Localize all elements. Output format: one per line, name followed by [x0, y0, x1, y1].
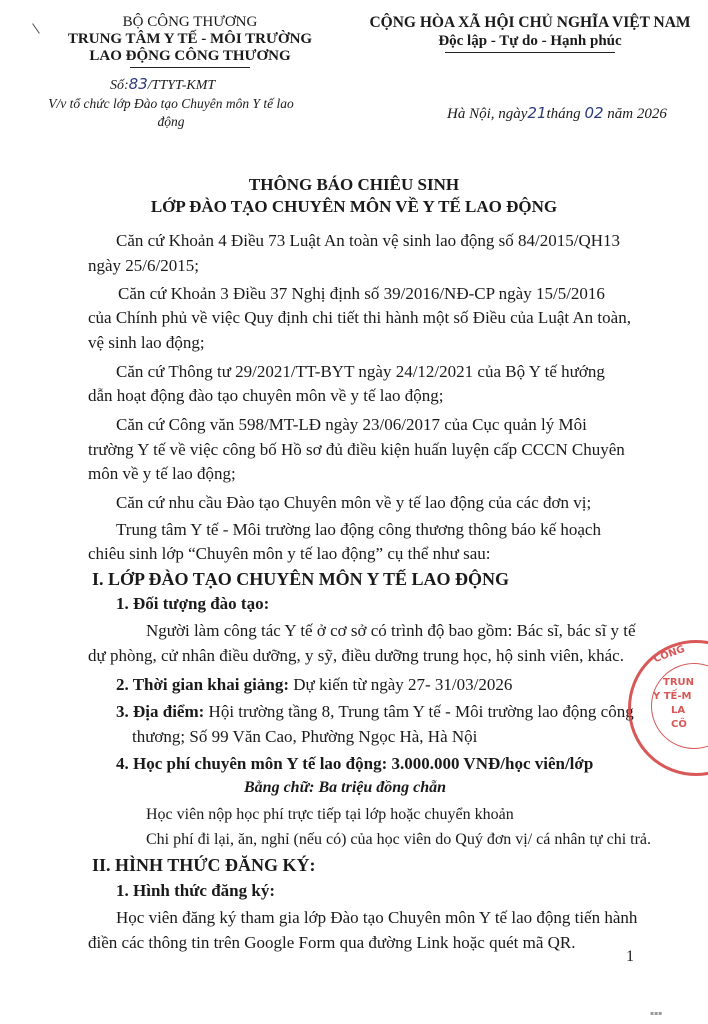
- preamble-1-line2: ngày 25/6/2015;: [88, 256, 199, 276]
- preamble-2-line3: vệ sinh lao động;: [88, 333, 205, 353]
- issuing-agency-block: BỘ CÔNG THƯƠNG TRUNG TÂM Y TẾ - MÔI TRƯỜ…: [40, 14, 340, 68]
- date-day-handwritten: 21: [527, 104, 546, 122]
- section-1-item-2: 2. Thời gian khai giảng: Dự kiến từ ngày…: [116, 675, 512, 695]
- item-3-label: 3. Địa điểm:: [116, 702, 204, 721]
- subject-line2: động: [36, 113, 306, 131]
- scan-mark: [32, 23, 40, 33]
- seal-text-mid2: Y TẾ-M: [653, 691, 691, 702]
- date-month-handwritten: 02: [584, 104, 603, 122]
- section-2-heading: II. HÌNH THỨC ĐĂNG KÝ:: [92, 855, 316, 876]
- subject-line1: V/v tổ chức lớp Đào tạo Chuyên môn Y tế …: [36, 95, 306, 113]
- date-month-label: tháng: [547, 106, 581, 122]
- item-2-label: 2. Thời gian khai giảng:: [116, 675, 289, 694]
- motto-underline: [445, 52, 615, 53]
- item-3-value-line1: Hội trường tầng 8, Trung tâm Y tế - Môi …: [204, 702, 633, 721]
- doc-number-handwritten: 83: [129, 75, 148, 93]
- preamble-4-line2: trường Y tế về việc công bố Hồ sơ đủ điề…: [88, 440, 625, 460]
- agency-underline: [130, 67, 250, 68]
- preamble-5-line1: Căn cứ nhu cầu Đào tạo Chuyên môn về y t…: [116, 493, 591, 513]
- preamble-2-line2: của Chính phủ về việc Quy định chi tiết …: [88, 308, 631, 328]
- item-2-value: Dự kiến từ ngày 27- 31/03/2026: [289, 675, 512, 694]
- section-1-item-4-tuition: 4. Học phí chuyên môn Y tế lao động: 3.0…: [116, 754, 593, 774]
- org-name-line2: LAO ĐỘNG CÔNG THƯƠNG: [40, 48, 340, 65]
- preamble-4-line3: môn về y tế lao động;: [88, 464, 236, 484]
- preamble-6-line1: Trung tâm Y tế - Môi trường lao động côn…: [116, 520, 601, 540]
- document-page: BỘ CÔNG THƯƠNG TRUNG TÂM Y TẾ - MÔI TRƯỜ…: [0, 0, 708, 1024]
- section-1-item-1-text-line2: dự phòng, cử nhân điều dưỡng, y sỹ, điều…: [88, 646, 624, 666]
- scanner-watermark-icon: ▪▪▪: [650, 1010, 662, 1017]
- page-number: 1: [626, 948, 634, 966]
- national-motto: Độc lập - Tự do - Hạnh phúc: [360, 32, 700, 50]
- section-1-heading: I. LỚP ĐÀO TẠO CHUYÊN MÔN Y TẾ LAO ĐỘNG: [92, 569, 509, 590]
- date-year: năm 2026: [607, 106, 667, 122]
- date-prefix: Hà Nội, ngày: [447, 106, 527, 122]
- section-2-item-1-label: 1. Hình thức đăng ký:: [116, 881, 275, 901]
- doc-number-prefix: Số:: [110, 78, 129, 93]
- section-1-item-3-line2: thương; Số 99 Văn Cao, Phường Ngọc Hà, H…: [132, 727, 477, 747]
- seal-text-top: CÔNG: [652, 644, 686, 665]
- doc-number-suffix: /TTYT-KMT: [148, 78, 215, 93]
- tuition-in-words: Bằng chữ: Ba triệu đồng chẵn: [244, 779, 446, 797]
- section-2-text-line2: điền các thông tin trên Google Form qua …: [88, 933, 576, 953]
- notice-title: THÔNG BÁO CHIÊU SINH: [0, 175, 708, 195]
- section-1-item-1-label: 1. Đối tượng đào tạo:: [116, 594, 269, 614]
- section-1-item-1-text-line1: Người làm công tác Y tế ở cơ sở có trình…: [146, 621, 636, 641]
- document-subject: V/v tổ chức lớp Đào tạo Chuyên môn Y tế …: [36, 95, 306, 131]
- seal-text-mid1: TRUN: [663, 677, 694, 688]
- preamble-2-line1: Căn cứ Khoản 3 Điều 37 Nghị định số 39/2…: [118, 284, 605, 304]
- national-header-block: CỘNG HÒA XÃ HỘI CHỦ NGHĨA VIỆT NAM Độc l…: [360, 14, 700, 53]
- preamble-4-line1: Căn cứ Công văn 598/MT-LĐ ngày 23/06/201…: [116, 415, 587, 435]
- national-title: CỘNG HÒA XÃ HỘI CHỦ NGHĨA VIỆT NAM: [360, 14, 700, 32]
- seal-text-mid3: LA: [671, 705, 685, 716]
- preamble-1-line1: Căn cứ Khoản 4 Điều 73 Luật An toàn vệ s…: [116, 231, 620, 251]
- section-1-item-3: 3. Địa điểm: Hội trường tầng 8, Trung tâ…: [116, 702, 634, 722]
- payment-note: Học viên nộp học phí trực tiếp tại lớp h…: [146, 806, 514, 824]
- notice-subtitle: LỚP ĐÀO TẠO CHUYÊN MÔN VỀ Y TẾ LAO ĐỘNG: [0, 197, 708, 217]
- preamble-3-line2: dẫn hoạt động đào tạo chuyên môn về y tế…: [88, 386, 444, 406]
- ministry-name: BỘ CÔNG THƯƠNG: [40, 14, 340, 31]
- preamble-6-line2: chiêu sinh lớp “Chuyên môn y tế lao động…: [88, 544, 491, 564]
- seal-text-mid4: CÔ: [671, 719, 687, 730]
- official-red-seal: CÔNG TRUN Y TẾ-M LA CÔ: [628, 640, 708, 776]
- section-2-text-line1: Học viên đăng ký tham gia lớp Đào tạo Ch…: [116, 908, 637, 928]
- document-number: Số:83/TTYT-KMT: [110, 75, 215, 94]
- document-date: Hà Nội, ngày21tháng 02 năm 2026: [447, 104, 667, 123]
- expense-note: Chi phí đi lại, ăn, nghỉ (nếu có) của họ…: [146, 831, 651, 849]
- preamble-3-line1: Căn cứ Thông tư 29/2021/TT-BYT ngày 24/1…: [116, 362, 605, 382]
- org-name-line1: TRUNG TÂM Y TẾ - MÔI TRƯỜNG: [40, 31, 340, 48]
